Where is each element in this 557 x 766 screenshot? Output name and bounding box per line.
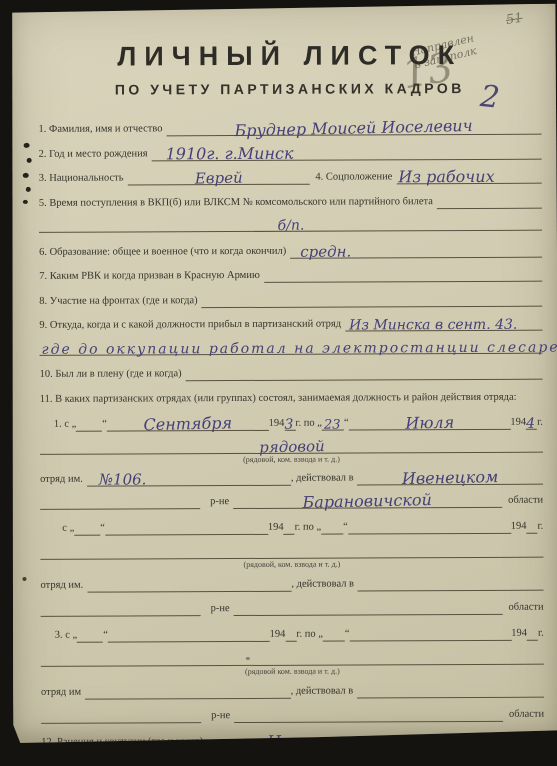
entry1-region-row: р-не Барановичской области (40, 492, 543, 509)
entry1-acted-value: Ивенецком (402, 469, 499, 487)
field-birth-row: 2. Год и место рождения 1910г. г.Минск (39, 144, 542, 161)
entry1-unit-label: отряд им. (40, 472, 87, 486)
entry2-dates-row: с „ “ 194 г. по „ “ 194 г. (40, 518, 543, 535)
field-education-fill-line: средн. (290, 242, 542, 258)
field-fronts-label: 8. Участие на фронтах (где и когда) (39, 294, 201, 309)
form-content: ЛИЧНЫЙ ЛИСТОК ПО УЧЕТУ ПАРТИЗАНСКИХ КАДР… (10, 40, 557, 750)
entry3-region-row: р-не области (41, 706, 544, 723)
field-fronts-row: 8. Участие на фронтах (где и когда) (39, 291, 542, 308)
entry1-from-month-line: Сентября (107, 415, 269, 431)
entry1-from-year-line: 3 (284, 415, 295, 430)
field-origin-fill-line2: где до оккупации работал на электростанц… (39, 339, 542, 356)
po-token: г. по „ (295, 416, 322, 430)
field-origin-fill-line: Из Минска в сент. 43. (345, 316, 542, 332)
entry3-region-blank-line (41, 708, 201, 724)
document-subtitle: ПО УЧЕТУ ПАРТИЗАНСКИХ КАДРОВ (38, 80, 541, 98)
field-social-label: 4. Соцположение (315, 170, 396, 184)
field-surname-row: 1. Фамилия, имя и отчество Бруднер Моисе… (39, 120, 542, 137)
entry2-unit-row: отряд им. , действовал в (40, 575, 543, 592)
entry2-region-line (234, 599, 503, 615)
rne-token: р-не (210, 495, 233, 509)
g-token: г. (537, 415, 543, 429)
po-token: г. по „ (296, 627, 323, 641)
entry3-position-caption: (рядовой ком. взвода и т. д.) (41, 665, 544, 676)
field-surname-label: 1. Фамилия, имя и отчество (39, 122, 167, 137)
field-education-label: 6. Образование: общее и военное (что и к… (39, 244, 290, 259)
field-birth-value: 1910г. г.Минск (166, 145, 294, 162)
entry2-from-year-line (284, 519, 295, 534)
field-rvk-fill-line (264, 267, 542, 283)
oblast-token: области (509, 707, 544, 721)
entry2-prefix: с „ (62, 521, 74, 535)
entry1-from-year: 3 (284, 417, 293, 431)
entry2-position-row (40, 542, 543, 559)
entry2-to-year-line (527, 518, 538, 533)
entry1-region-line: Барановичской (233, 492, 502, 508)
field-origin-value2: где до оккупации работал на электростанц… (41, 341, 557, 357)
field-origin-row: 9. Откуда, когда и с какой должности при… (39, 316, 542, 333)
po-token: г. по „ (295, 520, 322, 534)
entry1-position-row: рядовой (40, 437, 543, 454)
field-units-row: 11. В каких партизанских отрядах (или гр… (40, 389, 543, 406)
year-prefix: 194 (511, 519, 527, 533)
entry2-unit-label: отряд им. (40, 578, 87, 592)
entry1-to-day-line: 23 (322, 415, 344, 430)
entry3-acted-line (357, 682, 544, 698)
field-wounds-fill-line: Нет (207, 732, 544, 748)
entry1-region-value: Барановичской (303, 492, 433, 511)
field-party-fill-line-short (437, 193, 542, 208)
field-rvk-row: 7. Каким РВК и когда призван в Красную А… (39, 267, 542, 284)
entry3-position-line (41, 649, 544, 666)
entry2-region-row: р-не области (41, 599, 544, 616)
form-fields: 1. Фамилия, имя и отчество Бруднер Моисе… (39, 120, 545, 750)
entry3-unit-label: отряд им (41, 685, 85, 699)
entry3-unit-line (85, 683, 291, 699)
entry3-from-year-line (285, 626, 296, 641)
entry3-position-row (41, 649, 544, 666)
field-origin-label: 9. Откуда, когда и с какой должности при… (39, 318, 345, 333)
oblast-token: области (508, 493, 543, 507)
field-birth-fill-line: 1910г. г.Минск (152, 144, 542, 161)
field-nationality-fill-line: Еврей (128, 170, 310, 186)
entry1-unit-value: №106. (99, 472, 147, 487)
entry3-region-line (234, 706, 503, 722)
field-origin-value1: Из Минска в сент. 43. (349, 318, 517, 333)
entry1-dates-row: 1. с „ “ Сентября 194 3 г. по „ 23 “ (40, 414, 543, 431)
entry1-unit-line: №106. (87, 470, 291, 486)
field-wounds-row: 12. Ранения и контузии (где и когда) Нет (41, 732, 544, 749)
field-units-label: 11. В каких партизанских отрядах (или гр… (40, 389, 517, 406)
entry1-region-blank-line (40, 494, 200, 510)
entry1-position-line: рядовой (40, 437, 543, 454)
field-education-value: средн. (300, 244, 351, 259)
entry1-from-month: Сентября (143, 415, 232, 433)
field-party-fill-line: б/п. (39, 215, 542, 232)
entry1-acted-line: Ивенецком (358, 469, 544, 485)
field-surname-fill-line: Бруднер Моисей Иоселевич (166, 120, 541, 137)
entry1-prefix: 1. с „ (54, 417, 77, 431)
document-page: 51 Направлен в зап. полк 13 2 ЛИЧНЫЙ ЛИС… (10, 4, 557, 743)
entry1-acted-label: , действовал в (291, 471, 358, 485)
entry1-to-month-line: Июля (349, 414, 511, 430)
field-nationality-label: 3. Национальность (39, 171, 128, 185)
field-captivity-row: 10. Был ли в плену (где и когда) (40, 365, 543, 382)
entry2-to-month-line (348, 518, 511, 534)
entry3-to-year-line (527, 625, 538, 640)
entry3-prefix: 3. с „ (55, 628, 78, 642)
field-rvk-label: 7. Каким РВК и когда призван в Красную А… (39, 269, 264, 284)
year-prefix: 194 (270, 627, 286, 641)
entry2-position-caption: (рядовой, ком. взвода и т. д.) (40, 558, 543, 569)
rne-token: р-не (211, 709, 234, 723)
field-social-value: Из рабочих (398, 169, 494, 185)
field-party-row: 5. Время поступления в ВКП(б) или ВЛКСМ … (39, 193, 542, 210)
field-social-fill-line: Из рабочих (396, 169, 541, 185)
entry1-to-day: 23 (324, 418, 341, 431)
entry2-acted-label: , действовал в (291, 577, 358, 591)
field-nationality-row: 3. Национальность Еврей 4. Соцположение … (39, 169, 542, 186)
entry3-unit-row: отряд им , действовал в (41, 682, 544, 699)
field-fronts-fill-line (202, 291, 543, 307)
entry1-to-year: 4 (526, 416, 535, 430)
field-wounds-value: Нет (267, 733, 306, 749)
entry3-to-month-line (350, 625, 512, 641)
g-token: г. (538, 626, 544, 640)
field-education-row: 6. Образование: общее и военное (что и к… (39, 242, 542, 259)
entry3-dates-row: 3. с „ “ 194 г. по „ “ 194 г. (41, 625, 544, 642)
entry2-unit-line (87, 576, 291, 592)
entry2-acted-line (358, 575, 544, 591)
entry3-from-month-line (108, 626, 270, 642)
entry1-unit-row: отряд им. №106. , действовал в Ивенецком (40, 469, 543, 486)
oblast-token: области (508, 600, 543, 614)
entry1-to-month: Июля (405, 414, 454, 431)
field-captivity-label: 10. Был ли в плену (где и когда) (40, 367, 186, 382)
year-prefix: 194 (268, 520, 284, 534)
entry2-from-day-line (74, 520, 100, 535)
field-party-row2: б/п. (39, 215, 542, 232)
field-surname-value: Бруднер Моисей Иоселевич (235, 118, 473, 139)
entry3-acted-label: , действовал в (291, 684, 358, 698)
rne-token: р-не (211, 602, 234, 616)
year-prefix: 194 (511, 626, 527, 640)
year-prefix: 194 (269, 416, 285, 430)
g-token: г. (538, 519, 544, 533)
entry2-to-day-line (321, 519, 343, 534)
field-captivity-fill-line (186, 365, 543, 382)
entry1-from-day-line (76, 416, 102, 431)
field-wounds-label: 12. Ранения и контузии (где и когда) (41, 735, 207, 750)
entry1-to-year-line: 4 (526, 414, 537, 429)
entry3-to-day-line (323, 626, 345, 641)
entry2-position-line (40, 542, 543, 559)
entry2-from-month-line (105, 519, 268, 535)
year-prefix: 194 (510, 415, 526, 429)
entry1-position: рядовой (259, 439, 325, 455)
field-party-value: б/п. (277, 218, 304, 233)
entry2-region-blank-line (41, 601, 201, 617)
field-party-label: 5. Время поступления в ВКП(б) или ВЛКСМ … (39, 195, 437, 211)
field-birth-label: 2. Год и место рождения (39, 147, 152, 161)
field-nationality-value: Еврей (194, 171, 242, 187)
entry3-from-day-line (77, 627, 103, 642)
document-title: ЛИЧНЫЙ ЛИСТОК (38, 40, 541, 73)
field-origin-row2: где до оккупации работал на электростанц… (39, 339, 542, 356)
